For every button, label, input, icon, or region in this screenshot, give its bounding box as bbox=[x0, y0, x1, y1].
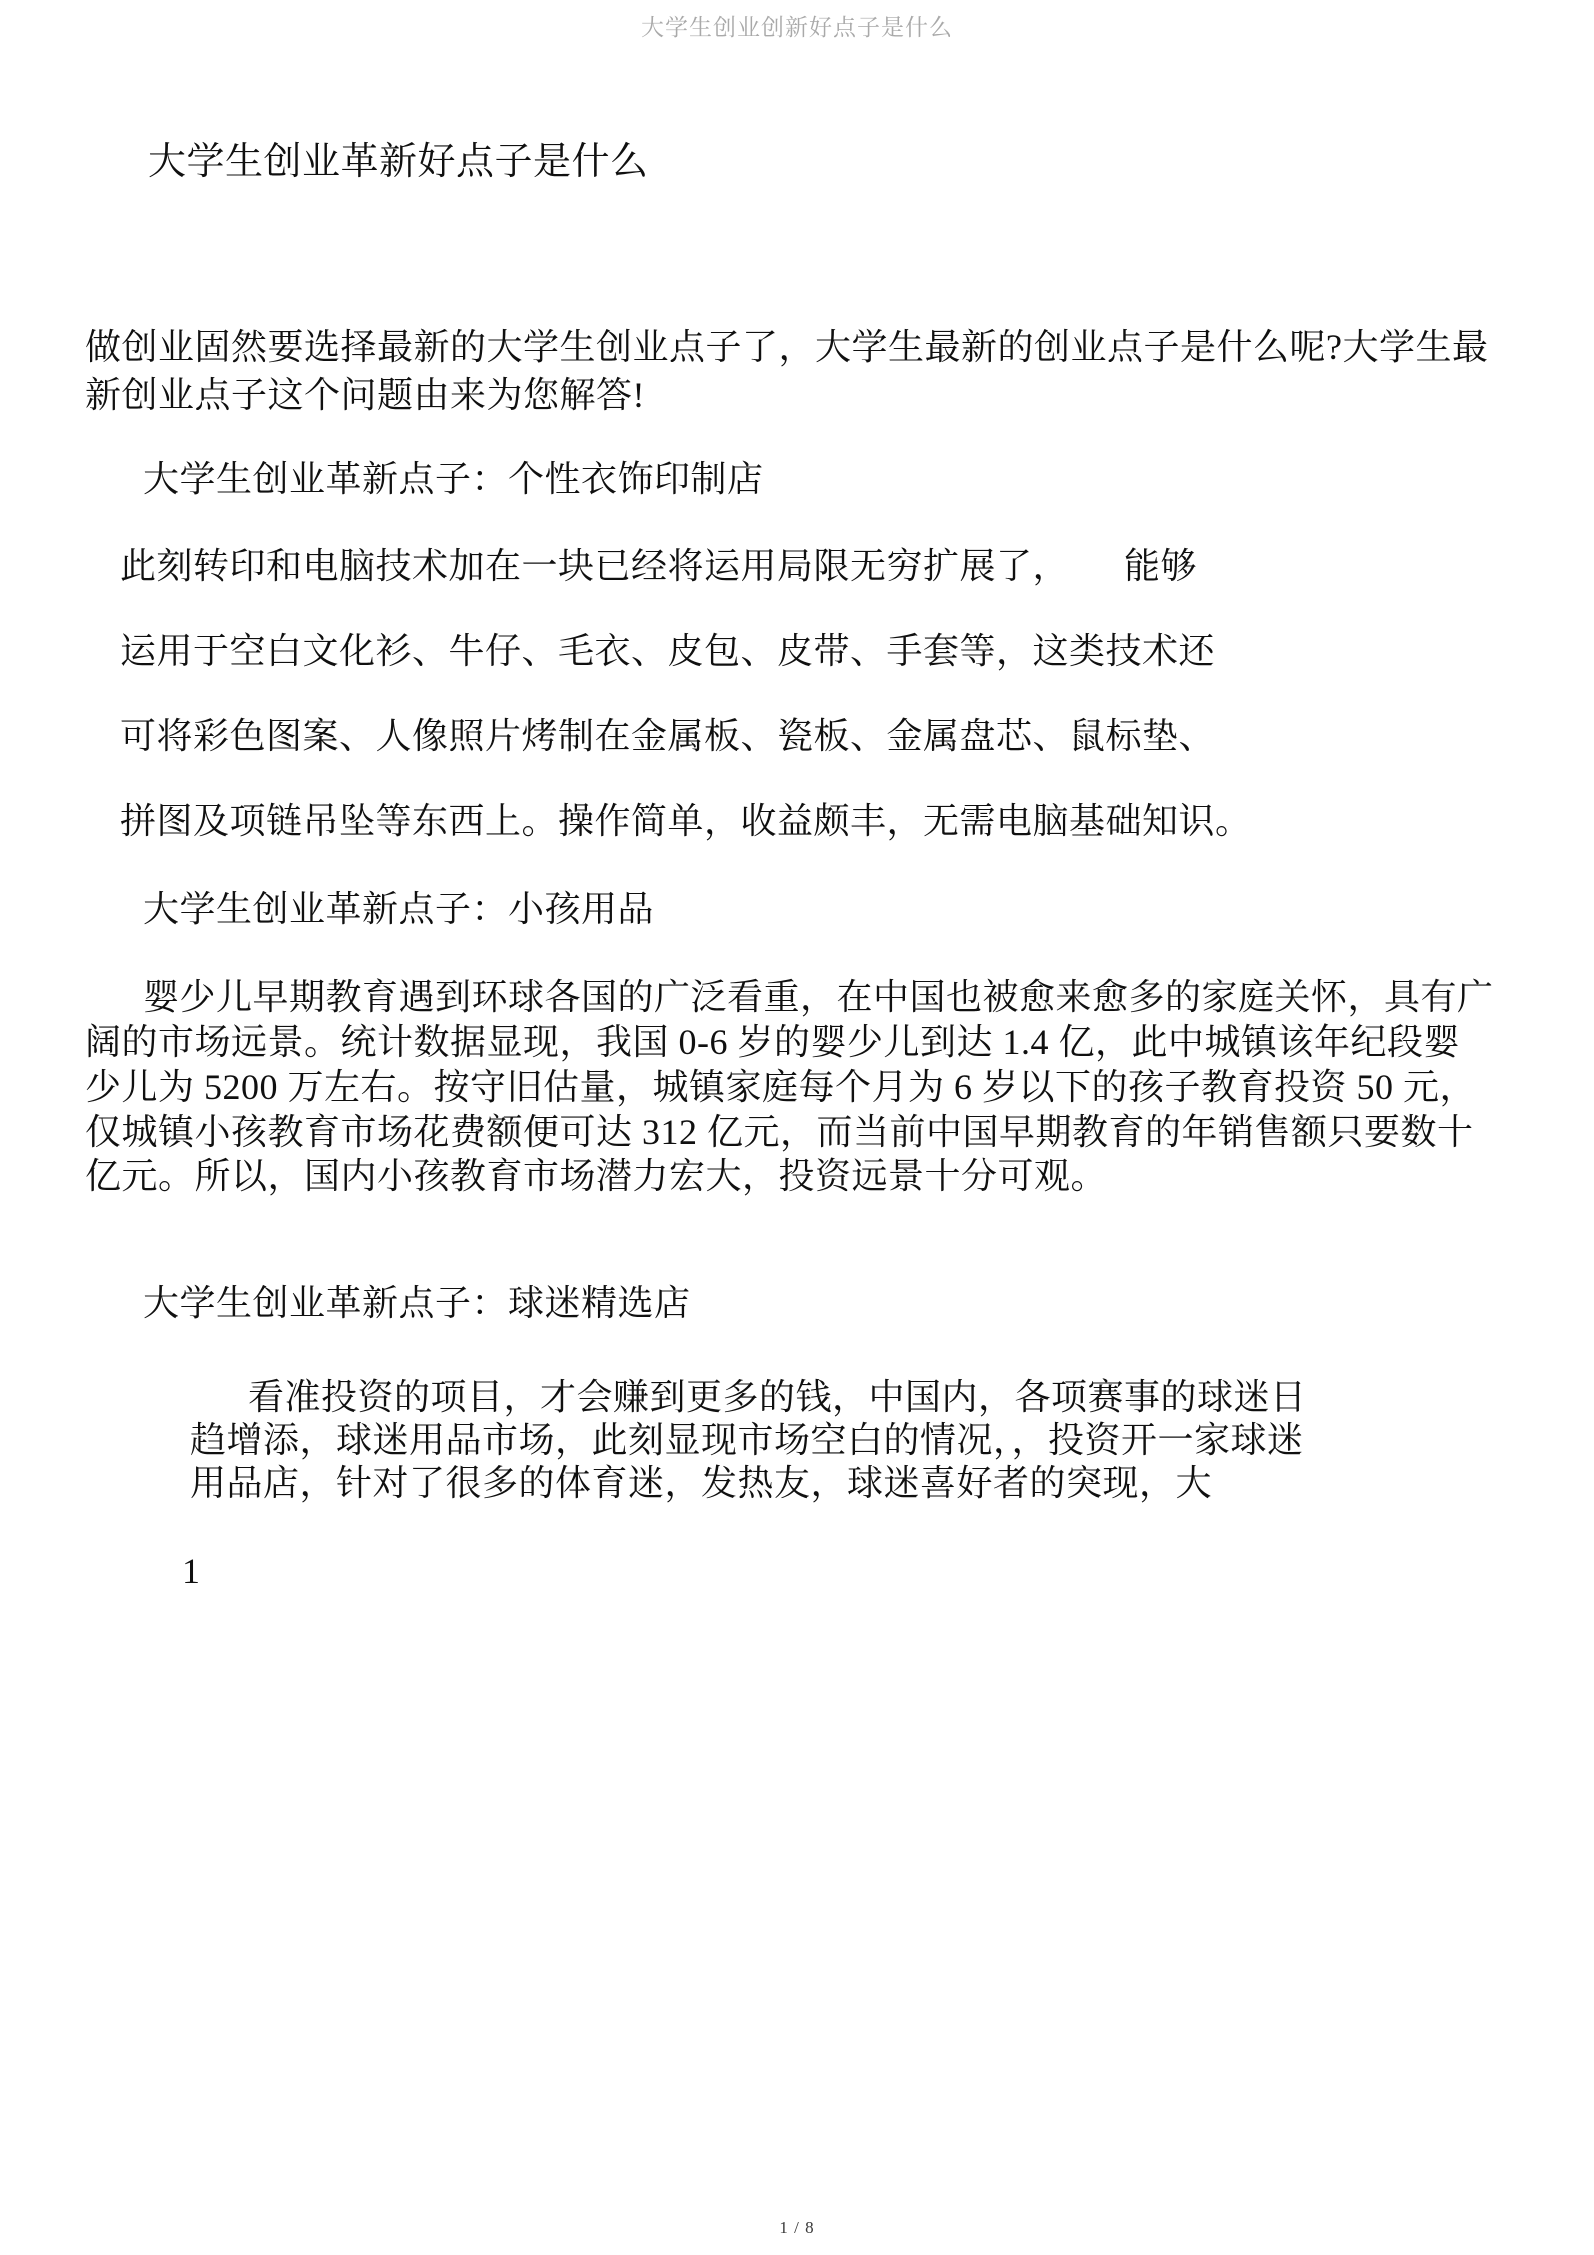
page-number-inline: 1 bbox=[182, 1550, 201, 1593]
document-title: 大学生创业革新好点子是什么 bbox=[148, 140, 649, 186]
section-3-title: 大学生创业革新点子：球迷精选店 bbox=[143, 1282, 691, 1325]
section-2-title: 大学生创业革新点子：小孩用品 bbox=[143, 888, 654, 931]
footer-page-number: 1 / 8 bbox=[0, 2218, 1594, 2238]
intro-paragraph-line-1: 做创业固然要选择最新的大学生创业点子了，大学生最新的创业点子是什么呢?大学生最 bbox=[85, 326, 1488, 369]
section-3-line-2: 趋增添，球迷用品市场，此刻显现市场空白的情况，，投资开一家球迷 bbox=[190, 1419, 1304, 1462]
section-2-line-1: 婴少儿早期教育遇到环球各国的广泛看重，在中国也被愈来愈多的家庭关怀，具有广 bbox=[143, 976, 1494, 1019]
section-3-line-3: 用品店，针对了很多的体育迷，发热友，球迷喜好者的突现，大 bbox=[190, 1462, 1212, 1505]
document-page: 大学生创业创新好点子是什么 大学生创业革新好点子是什么 做创业固然要选择最新的大… bbox=[0, 0, 1594, 2255]
section-1-line-2: 运用于空白文化衫、牛仔、毛衣、皮包、皮带、手套等，这类技术还 bbox=[120, 630, 1215, 673]
section-2-line-2: 阔的市场远景。统计数据显现，我国 0-6 岁的婴少儿到达 1.4 亿，此中城镇该… bbox=[85, 1021, 1460, 1064]
intro-paragraph-line-2: 新创业点子这个问题由来为您解答! bbox=[85, 374, 645, 417]
section-1-line-1: 此刻转印和电脑技术加在一块已经将运用局限无穷扩展了， 能够 bbox=[120, 545, 1197, 588]
section-1-line-3: 可将彩色图案、人像照片烤制在金属板、瓷板、金属盘芯、鼠标垫、 bbox=[120, 715, 1215, 758]
section-1-title: 大学生创业革新点子：个性衣饰印制店 bbox=[143, 458, 764, 501]
section-2-line-3: 少儿为 5200 万左右。按守旧估量，城镇家庭每个月为 6 岁以下的孩子教育投资… bbox=[85, 1066, 1476, 1109]
section-1-line-4: 拼图及项链吊坠等东西上。操作简单，收益颇丰，无需电脑基础知识。 bbox=[120, 800, 1252, 843]
document-header-title: 大学生创业创新好点子是什么 bbox=[0, 14, 1594, 42]
section-2-line-4: 仅城镇小孩教育市场花费额便可达 312 亿元，而当前中国早期教育的年销售额只要数… bbox=[85, 1111, 1474, 1154]
section-3-line-1: 看准投资的项目，才会赚到更多的钱，中国内，各项赛事的球迷日 bbox=[248, 1376, 1307, 1419]
section-2-line-5: 亿元。所以，国内小孩教育市场潜力宏大，投资远景十分可观。 bbox=[85, 1155, 1107, 1198]
